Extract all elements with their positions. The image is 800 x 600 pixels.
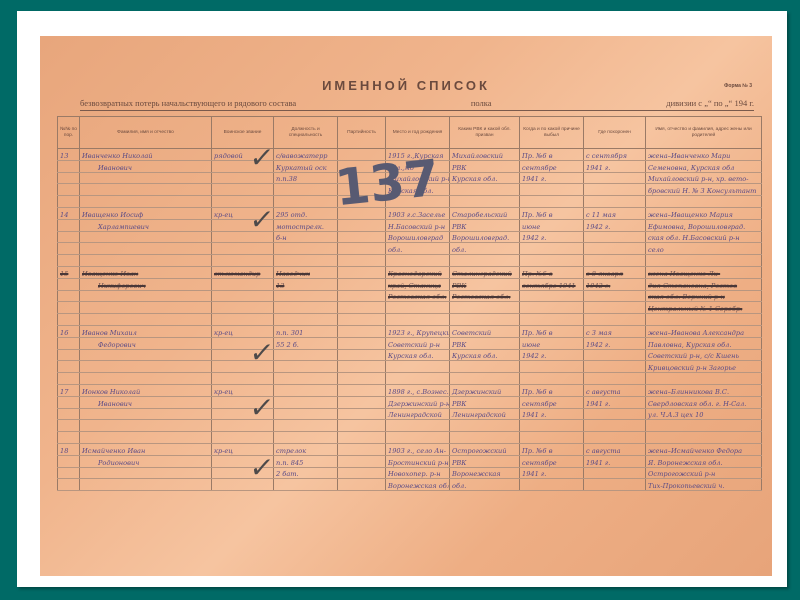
empty-cell <box>520 255 584 267</box>
cell-full-name: Родионович <box>80 455 212 467</box>
column-header: Когда и по какой причине выбыл <box>520 117 584 149</box>
empty-cell <box>646 255 762 267</box>
table-row: 15Иващенко Иванст.командирНаводчикКрасно… <box>58 266 762 278</box>
record-number: 18 <box>58 443 80 455</box>
cell-birthplace: 1923 г., Крупецкий <box>386 325 450 337</box>
cell-next-of-kin: Семеновна, Курская обл <box>646 160 762 172</box>
cell-full-name: Никифорович <box>80 278 212 290</box>
cell-draft-office: РВК <box>450 337 520 349</box>
column-header: №№ по пор. <box>58 117 80 149</box>
cell-loss-date: Пр. №6 в <box>520 443 584 455</box>
cell-birthplace: Воронежская обл. <box>386 479 450 491</box>
cell-birthplace: Советский р-н <box>386 337 450 349</box>
empty-cell <box>584 314 646 326</box>
cell-full-name: Федорович <box>80 337 212 349</box>
cell-next-of-kin: Центральный № 1 Серебр. <box>646 302 762 314</box>
cell-position: п.п. 845 <box>274 455 338 467</box>
checkmark-icon: ✓ <box>248 144 275 172</box>
cell-position <box>274 408 338 420</box>
cell-draft-office: Ростовская обл. <box>450 290 520 302</box>
empty-cell <box>386 432 450 444</box>
table-row: Ростовская обл.Ростовская обл.ская обл. … <box>58 290 762 302</box>
cell-next-of-kin: Кривцовский р-н Загорье <box>646 361 762 373</box>
cell-draft-office: Ворошиловград. <box>450 231 520 243</box>
cell-burial-place: с августа <box>584 443 646 455</box>
cell-burial-place: 1941 г. <box>584 455 646 467</box>
empty-cell <box>386 255 450 267</box>
cell-party <box>338 302 386 314</box>
record-number <box>58 184 80 196</box>
cell-draft-office: РВК <box>450 455 520 467</box>
empty-cell <box>450 314 520 326</box>
empty-cell <box>58 196 80 208</box>
cell-burial-place: с 3 мая <box>584 325 646 337</box>
cell-party <box>338 219 386 231</box>
cell-loss-date: сентябре <box>520 160 584 172</box>
empty-cell <box>520 432 584 444</box>
cell-next-of-kin: ская обл. Верхний р-н <box>646 290 762 302</box>
empty-cell <box>274 314 338 326</box>
cell-next-of-kin: Михайловский р-н, хр. вето- <box>646 172 762 184</box>
form-number: Форма № 3 <box>724 83 752 89</box>
cell-next-of-kin: дия Степановна, Ростов <box>646 278 762 290</box>
cell-full-name: Иващенко Иван <box>80 266 212 278</box>
empty-cell <box>212 255 274 267</box>
record-number <box>58 290 80 302</box>
document-title: ИМЕННОЙ СПИСОК <box>40 78 772 93</box>
subtitle-part: дивизии с „“ по „“ 194 г. <box>666 98 754 108</box>
column-header: Имя, отчество и фамилия, адрес жены или … <box>646 117 762 149</box>
cell-draft-office: обл. <box>450 243 520 255</box>
cell-full-name <box>80 479 212 491</box>
record-number <box>58 479 80 491</box>
cell-draft-office: РВК <box>450 160 520 172</box>
cell-party <box>338 337 386 349</box>
cell-position: с/вавожатерр <box>274 149 338 161</box>
record-number <box>58 243 80 255</box>
cell-burial-place <box>584 302 646 314</box>
cell-position <box>274 302 338 314</box>
record-number: 14 <box>58 207 80 219</box>
cell-draft-office: Сталинградский <box>450 266 520 278</box>
cell-full-name <box>80 467 212 479</box>
table-row: Воронежская обл.обл.Тих-Прокопьевский ч. <box>58 479 762 491</box>
empty-cell <box>274 432 338 444</box>
cell-loss-date: Пр. №6 в <box>520 384 584 396</box>
cell-next-of-kin: жена Иващенко Ли- <box>646 266 762 278</box>
table-row: Курская обл.Курская обл.1942 г.Советский… <box>58 349 762 361</box>
cell-party <box>338 408 386 420</box>
record-number <box>58 455 80 467</box>
cell-next-of-kin: Я. Воронежская обл. <box>646 455 762 467</box>
cell-next-of-kin: Ефимовна, Ворошиловград. <box>646 219 762 231</box>
cell-position: Куркатый оск <box>274 160 338 172</box>
table-spacer-row <box>58 314 762 326</box>
cell-draft-office: Старобельский <box>450 207 520 219</box>
cell-draft-office: Дзержинский <box>450 384 520 396</box>
cell-party <box>338 349 386 361</box>
cell-draft-office <box>450 184 520 196</box>
cell-full-name <box>80 243 212 255</box>
cell-loss-date: Пр. №6 в <box>520 207 584 219</box>
cell-loss-date: 1941 г. <box>520 172 584 184</box>
cell-position: п.п.38 <box>274 172 338 184</box>
cell-position <box>274 420 338 432</box>
cell-birthplace <box>386 361 450 373</box>
empty-cell <box>58 314 80 326</box>
empty-cell <box>646 373 762 385</box>
cell-burial-place <box>584 361 646 373</box>
cell-burial-place <box>584 184 646 196</box>
empty-cell <box>58 432 80 444</box>
empty-cell <box>646 314 762 326</box>
cell-birthplace: Ленинградской <box>386 408 450 420</box>
cell-burial-place: 1942 г. <box>584 337 646 349</box>
subtitle-part: безвозвратных потерь начальствующего и р… <box>80 98 296 108</box>
table-spacer-row <box>58 432 762 444</box>
cell-position: 13 <box>274 278 338 290</box>
document-subtitle: безвозвратных потерь начальствующего и р… <box>80 98 754 111</box>
empty-cell <box>450 432 520 444</box>
cell-full-name: Иванченко Николай <box>80 149 212 161</box>
cell-loss-date: 1942 г. <box>520 231 584 243</box>
table-row: Никифорович13край, СтаницаРВКсентябре 19… <box>58 278 762 290</box>
cell-position: Наводчик <box>274 266 338 278</box>
cell-burial-place: с сентября <box>584 149 646 161</box>
cell-next-of-kin: ская обл. Н.Басовский р-н <box>646 231 762 243</box>
table-row: б-нВорошиловградВорошиловград.1942 г.ска… <box>58 231 762 243</box>
record-number <box>58 396 80 408</box>
cell-next-of-kin: жена–Иванова Александра <box>646 325 762 337</box>
cell-loss-date <box>520 243 584 255</box>
record-number <box>58 467 80 479</box>
column-header: Место и год рождения <box>386 117 450 149</box>
empty-cell <box>80 314 212 326</box>
cell-birthplace: Краснодарский <box>386 266 450 278</box>
cell-birthplace: Ворошиловград <box>386 231 450 243</box>
cell-position: мотострелк. <box>274 219 338 231</box>
cell-next-of-kin: Острогожский р-н <box>646 467 762 479</box>
table-row: Харлампиевичмотострелк.Н.Басовский р-нРВ… <box>58 219 762 231</box>
table-spacer-row <box>58 255 762 267</box>
cell-draft-office: Острогожский <box>450 443 520 455</box>
cell-party <box>338 231 386 243</box>
cell-loss-date: июне <box>520 219 584 231</box>
table-row: 2 бат.Новохопер. р-нВоронежская1941 г.Ос… <box>58 467 762 479</box>
cell-party <box>338 278 386 290</box>
cell-draft-office: Михайловский <box>450 149 520 161</box>
cell-birthplace: 1898 г., с.Вознес. <box>386 384 450 396</box>
cell-burial-place <box>584 172 646 184</box>
cell-birthplace: Новохопер. р-н <box>386 467 450 479</box>
cell-position <box>274 479 338 491</box>
cell-party <box>338 455 386 467</box>
cell-next-of-kin: Павловна, Курская обл. <box>646 337 762 349</box>
cell-draft-office: РВК <box>450 219 520 231</box>
empty-cell <box>58 373 80 385</box>
cell-military-rank <box>212 278 274 290</box>
cell-burial-place <box>584 231 646 243</box>
cell-position: 295 отд. <box>274 207 338 219</box>
cell-position: б-н <box>274 231 338 243</box>
empty-cell <box>338 373 386 385</box>
cell-next-of-kin: жена–Иващенко Мария <box>646 207 762 219</box>
cell-party <box>338 290 386 302</box>
cell-draft-office <box>450 420 520 432</box>
cell-burial-place <box>584 290 646 302</box>
cell-birthplace: 1903 г., село Ан- <box>386 443 450 455</box>
empty-cell <box>212 373 274 385</box>
cell-next-of-kin: Тих-Прокопьевский ч. <box>646 479 762 491</box>
empty-cell <box>450 255 520 267</box>
empty-cell <box>212 432 274 444</box>
empty-cell <box>386 373 450 385</box>
empty-cell <box>520 373 584 385</box>
cell-party <box>338 243 386 255</box>
empty-cell <box>58 255 80 267</box>
cell-birthplace: обл. <box>386 243 450 255</box>
cell-party <box>338 396 386 408</box>
cell-burial-place <box>584 479 646 491</box>
column-header: Фамилия, имя и отчество <box>80 117 212 149</box>
record-number: 17 <box>58 384 80 396</box>
column-header: Каким РВК и какой обл. призван <box>450 117 520 149</box>
record-number <box>58 408 80 420</box>
cell-full-name <box>80 290 212 302</box>
cell-burial-place: с августа <box>584 384 646 396</box>
record-number <box>58 231 80 243</box>
empty-cell <box>338 314 386 326</box>
empty-cell <box>584 255 646 267</box>
cell-military-rank <box>212 290 274 302</box>
cell-birthplace: Курская обл. <box>386 349 450 361</box>
cell-position <box>274 384 338 396</box>
empty-cell <box>646 432 762 444</box>
cell-birthplace: Бростинский р-н <box>386 455 450 467</box>
empty-cell <box>80 196 212 208</box>
cell-burial-place: с 8 января <box>584 266 646 278</box>
cell-burial-place <box>584 408 646 420</box>
cell-loss-date: июне <box>520 337 584 349</box>
checkmark-icon: ✓ <box>248 454 275 482</box>
cell-position <box>274 184 338 196</box>
cell-draft-office: обл. <box>450 479 520 491</box>
cell-burial-place <box>584 349 646 361</box>
cell-loss-date <box>520 361 584 373</box>
cell-burial-place: 1942 г. <box>584 278 646 290</box>
table-row: ЛенинградскойЛенинградской1941 г.ул. Ч.А… <box>58 408 762 420</box>
cell-full-name: Исмайченко Иван <box>80 443 212 455</box>
cell-full-name: Иванов Михаил <box>80 325 212 337</box>
cell-burial-place <box>584 243 646 255</box>
cell-burial-place <box>584 467 646 479</box>
cell-party <box>338 467 386 479</box>
record-number: 16 <box>58 325 80 337</box>
checkmark-icon: ✓ <box>248 206 275 234</box>
column-header: Где похоронен <box>584 117 646 149</box>
cell-loss-date <box>520 290 584 302</box>
empty-cell <box>80 373 212 385</box>
cell-loss-date <box>520 184 584 196</box>
table-row: ИвановичДзержинский р-нРВКсентябре1941 г… <box>58 396 762 408</box>
column-header: Должность и специальность <box>274 117 338 149</box>
empty-cell <box>450 196 520 208</box>
record-number <box>58 349 80 361</box>
cell-full-name: Ионков Николай <box>80 384 212 396</box>
subtitle-part: полка <box>471 98 492 108</box>
cell-loss-date: 1941 г. <box>520 408 584 420</box>
cell-full-name: Харлампиевич <box>80 219 212 231</box>
cell-draft-office: Ленинградской <box>450 408 520 420</box>
cell-party <box>338 384 386 396</box>
table-row: 16Иванов Михаилкр-ецп.п. 3011923 г., Кру… <box>58 325 762 337</box>
cell-loss-date <box>520 302 584 314</box>
table-spacer-row <box>58 373 762 385</box>
cell-party <box>338 443 386 455</box>
cell-military-rank <box>212 302 274 314</box>
cell-position <box>274 349 338 361</box>
empty-cell <box>212 314 274 326</box>
cell-party <box>338 479 386 491</box>
cell-party <box>338 420 386 432</box>
column-header: Партийность <box>338 117 386 149</box>
empty-cell <box>584 373 646 385</box>
handwritten-stamp-mark: 137 <box>332 149 442 218</box>
cell-full-name <box>80 184 212 196</box>
cell-position: п.п. 301 <box>274 325 338 337</box>
cell-position: 2 бат. <box>274 467 338 479</box>
cell-position <box>274 243 338 255</box>
cell-birthplace: край, Станица <box>386 278 450 290</box>
cell-party <box>338 325 386 337</box>
cell-draft-office: РВК <box>450 396 520 408</box>
empty-cell <box>386 314 450 326</box>
cell-loss-date: сентябре 1941 <box>520 278 584 290</box>
record-number: 15 <box>58 266 80 278</box>
cell-burial-place: 1941 г. <box>584 396 646 408</box>
cell-draft-office <box>450 302 520 314</box>
record-number <box>58 219 80 231</box>
empty-cell <box>520 196 584 208</box>
cell-loss-date: сентябре <box>520 396 584 408</box>
cell-next-of-kin: жена–Иванченко Мари <box>646 149 762 161</box>
table-row: Кривцовский р-н Загорье <box>58 361 762 373</box>
record-number: 13 <box>58 149 80 161</box>
cell-military-rank: ст.командир <box>212 266 274 278</box>
empty-cell <box>646 196 762 208</box>
cell-position <box>274 361 338 373</box>
cell-draft-office: Курская обл. <box>450 349 520 361</box>
cell-full-name <box>80 349 212 361</box>
cell-next-of-kin: Советский р-н, с/с Кшень <box>646 349 762 361</box>
cell-burial-place: с 11 мая <box>584 207 646 219</box>
cell-next-of-kin: жена–Блинникова В.С. <box>646 384 762 396</box>
cell-loss-date <box>520 420 584 432</box>
cell-next-of-kin: жена–Исмайченко Федора <box>646 443 762 455</box>
document-scan: ИМЕННОЙ СПИСОК Форма № 3 безвозвратных п… <box>40 36 772 576</box>
cell-loss-date: 1942 г. <box>520 349 584 361</box>
record-number <box>58 172 80 184</box>
cell-draft-office <box>450 361 520 373</box>
table-row <box>58 420 762 432</box>
table-header-row: №№ по пор.Фамилия, имя и отчествоВоинско… <box>58 117 762 149</box>
cell-position <box>274 396 338 408</box>
cell-position: стрелок <box>274 443 338 455</box>
cell-burial-place: 1942 г. <box>584 219 646 231</box>
empty-cell <box>584 432 646 444</box>
table-row: обл.обл.село <box>58 243 762 255</box>
record-number <box>58 337 80 349</box>
cell-full-name <box>80 420 212 432</box>
cell-full-name <box>80 302 212 314</box>
empty-cell <box>450 373 520 385</box>
cell-full-name: Иванович <box>80 396 212 408</box>
record-number <box>58 361 80 373</box>
cell-birthplace <box>386 420 450 432</box>
cell-full-name: Иванович <box>80 160 212 172</box>
empty-cell <box>584 196 646 208</box>
record-number <box>58 160 80 172</box>
empty-cell <box>274 255 338 267</box>
table-row: 18Исмайченко Иванкр-ецстрелок1903 г., се… <box>58 443 762 455</box>
cell-position <box>274 290 338 302</box>
empty-cell <box>274 373 338 385</box>
cell-full-name <box>80 172 212 184</box>
cell-draft-office: РВК <box>450 278 520 290</box>
cell-next-of-kin: Свердловская обл. г. Н-Сал. <box>646 396 762 408</box>
cell-loss-date: Пр. №6 в <box>520 266 584 278</box>
cell-burial-place: 1941 г. <box>584 160 646 172</box>
empty-cell <box>338 255 386 267</box>
empty-cell <box>520 314 584 326</box>
cell-loss-date: Пр. №6 в <box>520 149 584 161</box>
cell-party <box>338 266 386 278</box>
cell-draft-office: Курская обл. <box>450 172 520 184</box>
empty-cell <box>338 432 386 444</box>
record-number <box>58 278 80 290</box>
cell-full-name: Иващенко Иосиф <box>80 207 212 219</box>
cell-next-of-kin: село <box>646 243 762 255</box>
record-number <box>58 420 80 432</box>
table-row: Центральный № 1 Серебр. <box>58 302 762 314</box>
cell-draft-office: Воронежская <box>450 467 520 479</box>
cell-position: 55 2 б. <box>274 337 338 349</box>
cell-military-rank <box>212 243 274 255</box>
cell-draft-office: Советский <box>450 325 520 337</box>
cell-next-of-kin <box>646 420 762 432</box>
cell-birthplace: Ростовская обл. <box>386 290 450 302</box>
cell-full-name <box>80 408 212 420</box>
checkmark-icon: ✓ <box>248 339 275 367</box>
cell-next-of-kin: бровский Н. № 3 Консультант <box>646 184 762 196</box>
empty-cell <box>274 196 338 208</box>
cell-birthplace <box>386 302 450 314</box>
empty-cell <box>80 255 212 267</box>
cell-loss-date: 1941 г. <box>520 467 584 479</box>
cell-party <box>338 361 386 373</box>
record-number <box>58 302 80 314</box>
cell-full-name <box>80 231 212 243</box>
cell-military-rank <box>212 184 274 196</box>
empty-cell <box>80 432 212 444</box>
checkmark-icon: ✓ <box>248 394 275 422</box>
cell-birthplace: Дзержинский р-н <box>386 396 450 408</box>
cell-burial-place <box>584 420 646 432</box>
cell-next-of-kin: ул. Ч.А.3 цех 10 <box>646 408 762 420</box>
cell-loss-date: Пр. №6 в <box>520 325 584 337</box>
cell-loss-date: сентябре <box>520 455 584 467</box>
cell-full-name <box>80 361 212 373</box>
